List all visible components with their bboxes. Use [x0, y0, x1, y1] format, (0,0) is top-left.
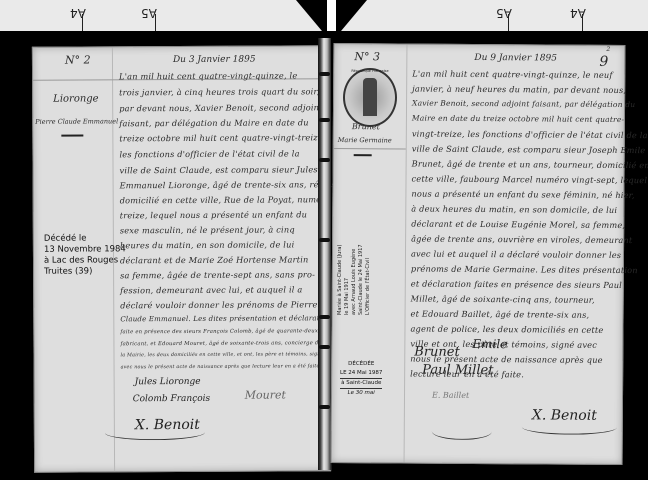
signature-witness-2: E. Baillet: [432, 391, 469, 400]
binding-stitch: [319, 238, 330, 242]
ruler-tick: [82, 14, 83, 31]
ruler-tick: [582, 14, 583, 31]
act-line: treize octobre mil huit cent quatre-ving…: [119, 132, 325, 143]
margin-death-note: Décédé le 13 Novembre 1984 à Lac des Rou…: [44, 233, 126, 277]
act-line: avec lui et auquel il a déclaré vouloir …: [411, 249, 621, 260]
act-line: avec nous le présent acte de naissance a…: [121, 364, 322, 370]
act-line: fabricant, et Edouard Mouret, âgé de soi…: [120, 340, 321, 347]
seal-label: République Française: [345, 69, 395, 73]
child-given-names: Marie Germaine: [338, 136, 392, 144]
register-page-left: N° 2 Lioronge Pierre Claude Emmanuel Du …: [32, 45, 331, 473]
stamp-line: le 19 Mai 1917: [344, 255, 351, 315]
ruler-mark-left-a4: A4: [70, 6, 86, 20]
death-annotation-stamp: DÉCÉDÉE LE 24 Mai 1987 à Saint-Claude Le…: [340, 360, 382, 398]
act-line: sa femme, âgée de trente-sept ans, sans …: [120, 269, 315, 280]
stamp-line: à Saint-Claude: [340, 379, 382, 389]
act-line: Brunet, âgé de trente et un ans, tourneu…: [412, 159, 648, 171]
marriage-annotation-stamp: Mariée à Saint-Claude (Jura) le 19 Mai 1…: [337, 255, 417, 315]
signature-flourish: [432, 423, 492, 440]
name-underline: [354, 154, 372, 156]
act-line: ville de Saint Claude, est comparu sieur…: [412, 144, 646, 156]
entry-number: N° 2: [65, 53, 91, 66]
ruler-mark-right-a4: A4: [570, 6, 586, 20]
act-line: fession, demeurant avec lui, et auquel i…: [120, 284, 302, 295]
date-header: Du 9 Janvier 1895: [474, 53, 557, 64]
act-line: vingt-treize, les fonctions d'officier d…: [412, 129, 648, 141]
signature-witness-2: Mouret: [245, 388, 286, 401]
act-line: faite en présence des sieurs François Co…: [120, 328, 331, 335]
signature-flourish: [105, 425, 205, 441]
act-line: par devant nous, Xavier Benoit, second a…: [119, 102, 322, 113]
stamp-line: LE 24 Mai 1987: [340, 369, 382, 379]
act-line: Xavier Benoit, second adjoint faisant, p…: [412, 99, 635, 110]
death-note-line: Truites (39): [44, 266, 126, 277]
act-line: treize, lequel nous a présenté un enfant…: [120, 209, 307, 220]
act-line: ville de Saint Claude, est comparu sieur…: [120, 164, 318, 175]
death-note-line: 13 Novembre 1984: [44, 244, 126, 255]
name-underline: [61, 135, 83, 137]
ruler-mark-right-a5: A5: [496, 6, 512, 20]
ruler-tick: [155, 14, 156, 31]
signature-father-last: Brunet: [414, 345, 460, 360]
act-line: heures du matin, en son domicile, de lui: [120, 239, 295, 250]
act-line: et Edouard Baillet, âgé de trente-six an…: [411, 309, 590, 320]
binding-stitch: [319, 405, 330, 409]
folio-number: 9: [599, 54, 608, 70]
act-line: déclaré vouloir donner les prénoms de Pi…: [120, 299, 317, 310]
act-line: Maire en date du treize octobre mil huit…: [412, 114, 624, 124]
act-line: Millet, âgé de soixante-cinq ans, tourne…: [411, 294, 595, 305]
act-line: Claude Emmanuel. Les dites présentation …: [120, 314, 331, 323]
act-line: déclarant et de Marie Zoé Hortense Marti…: [120, 254, 309, 265]
binding-stitch: [319, 72, 330, 76]
act-line: nous a présenté un enfant du sexe fémini…: [411, 189, 634, 201]
binding-stitch: [319, 345, 330, 349]
marianne-figure-icon: [363, 78, 377, 116]
act-line: déclarant et de Louise Eugénie Morel, sa…: [411, 219, 625, 230]
act-line: âgée de trente ans, ouvrière en viroles,…: [411, 234, 632, 246]
act-line: domicilié en cette ville, Rue de la Poya…: [120, 194, 331, 205]
stamp-line: Mariée à Saint-Claude (Jura): [337, 255, 344, 315]
act-line: la Mairie, les deux domiciliés en cette …: [120, 352, 323, 358]
page-number: 2: [606, 46, 610, 53]
act-body-text: L'an mil huit cent quatre-vingt-quinze, …: [334, 44, 624, 46]
act-line: les fonctions d'officier de l'état civil…: [119, 148, 299, 159]
act-line: trois janvier, à cinq heures trois quart…: [119, 86, 319, 97]
act-line: janvier, à neuf heures du matin, par dev…: [412, 84, 626, 95]
ruler-tick: [508, 14, 509, 31]
stamp-line: Le 30 mai: [340, 389, 382, 398]
death-note-line: à Lac des Rouges: [44, 255, 126, 266]
binding-stitch: [319, 118, 330, 122]
act-line: prénoms de Marie Germaine. Les dites pré…: [411, 264, 638, 276]
date-header: Du 3 Janvier 1895: [173, 55, 256, 65]
act-line: cette ville, faubourg Marcel numéro ving…: [411, 174, 647, 186]
margin-header-rule: [334, 148, 406, 150]
act-line: agent de police, les deux domiciliés en …: [410, 324, 603, 335]
act-line: et déclaration faites en présence des si…: [411, 279, 622, 290]
binding-stitch: [319, 315, 330, 319]
republic-seal-stamp: République Française: [343, 68, 397, 127]
act-line: L'an mil huit cent quatre-vingt-quinze, …: [119, 70, 297, 81]
child-surname: Lioronge: [53, 93, 98, 104]
signature-father: Jules Lioronge: [135, 377, 201, 387]
stamp-line: avec Arnaud Louis Eugène: [351, 255, 358, 315]
act-body-text: L'an mil huit cent quatre-vingt-quinze, …: [33, 46, 328, 48]
stamp-line: DÉCÉDÉE: [340, 360, 382, 369]
act-line: faisant, par délégation du Maire en date…: [119, 117, 309, 128]
entry-number: N° 3: [354, 50, 380, 63]
signature-witness-1: Paul Millet: [422, 363, 493, 378]
act-line: L'an mil huit cent quatre-vingt-quinze, …: [412, 69, 612, 80]
binding-stitch: [319, 158, 330, 162]
signature-witness-1: Colomb François: [133, 394, 210, 404]
act-line: à deux heures du matin, en son domicile,…: [411, 204, 617, 215]
margin-rule: [404, 44, 408, 462]
death-note-line: Décédé le: [44, 233, 126, 244]
act-line: sexe masculin, né le présent jour, à cin…: [120, 224, 295, 235]
stamp-line: Saint-Claude le 24 Mai 1917: [358, 255, 365, 315]
stamp-line: L'Officier de l'État-Civil: [365, 255, 372, 315]
child-given-names: Pierre Claude Emmanuel: [35, 117, 118, 125]
signature-flourish: [522, 419, 617, 435]
signature-father-first: Emile: [472, 337, 507, 351]
